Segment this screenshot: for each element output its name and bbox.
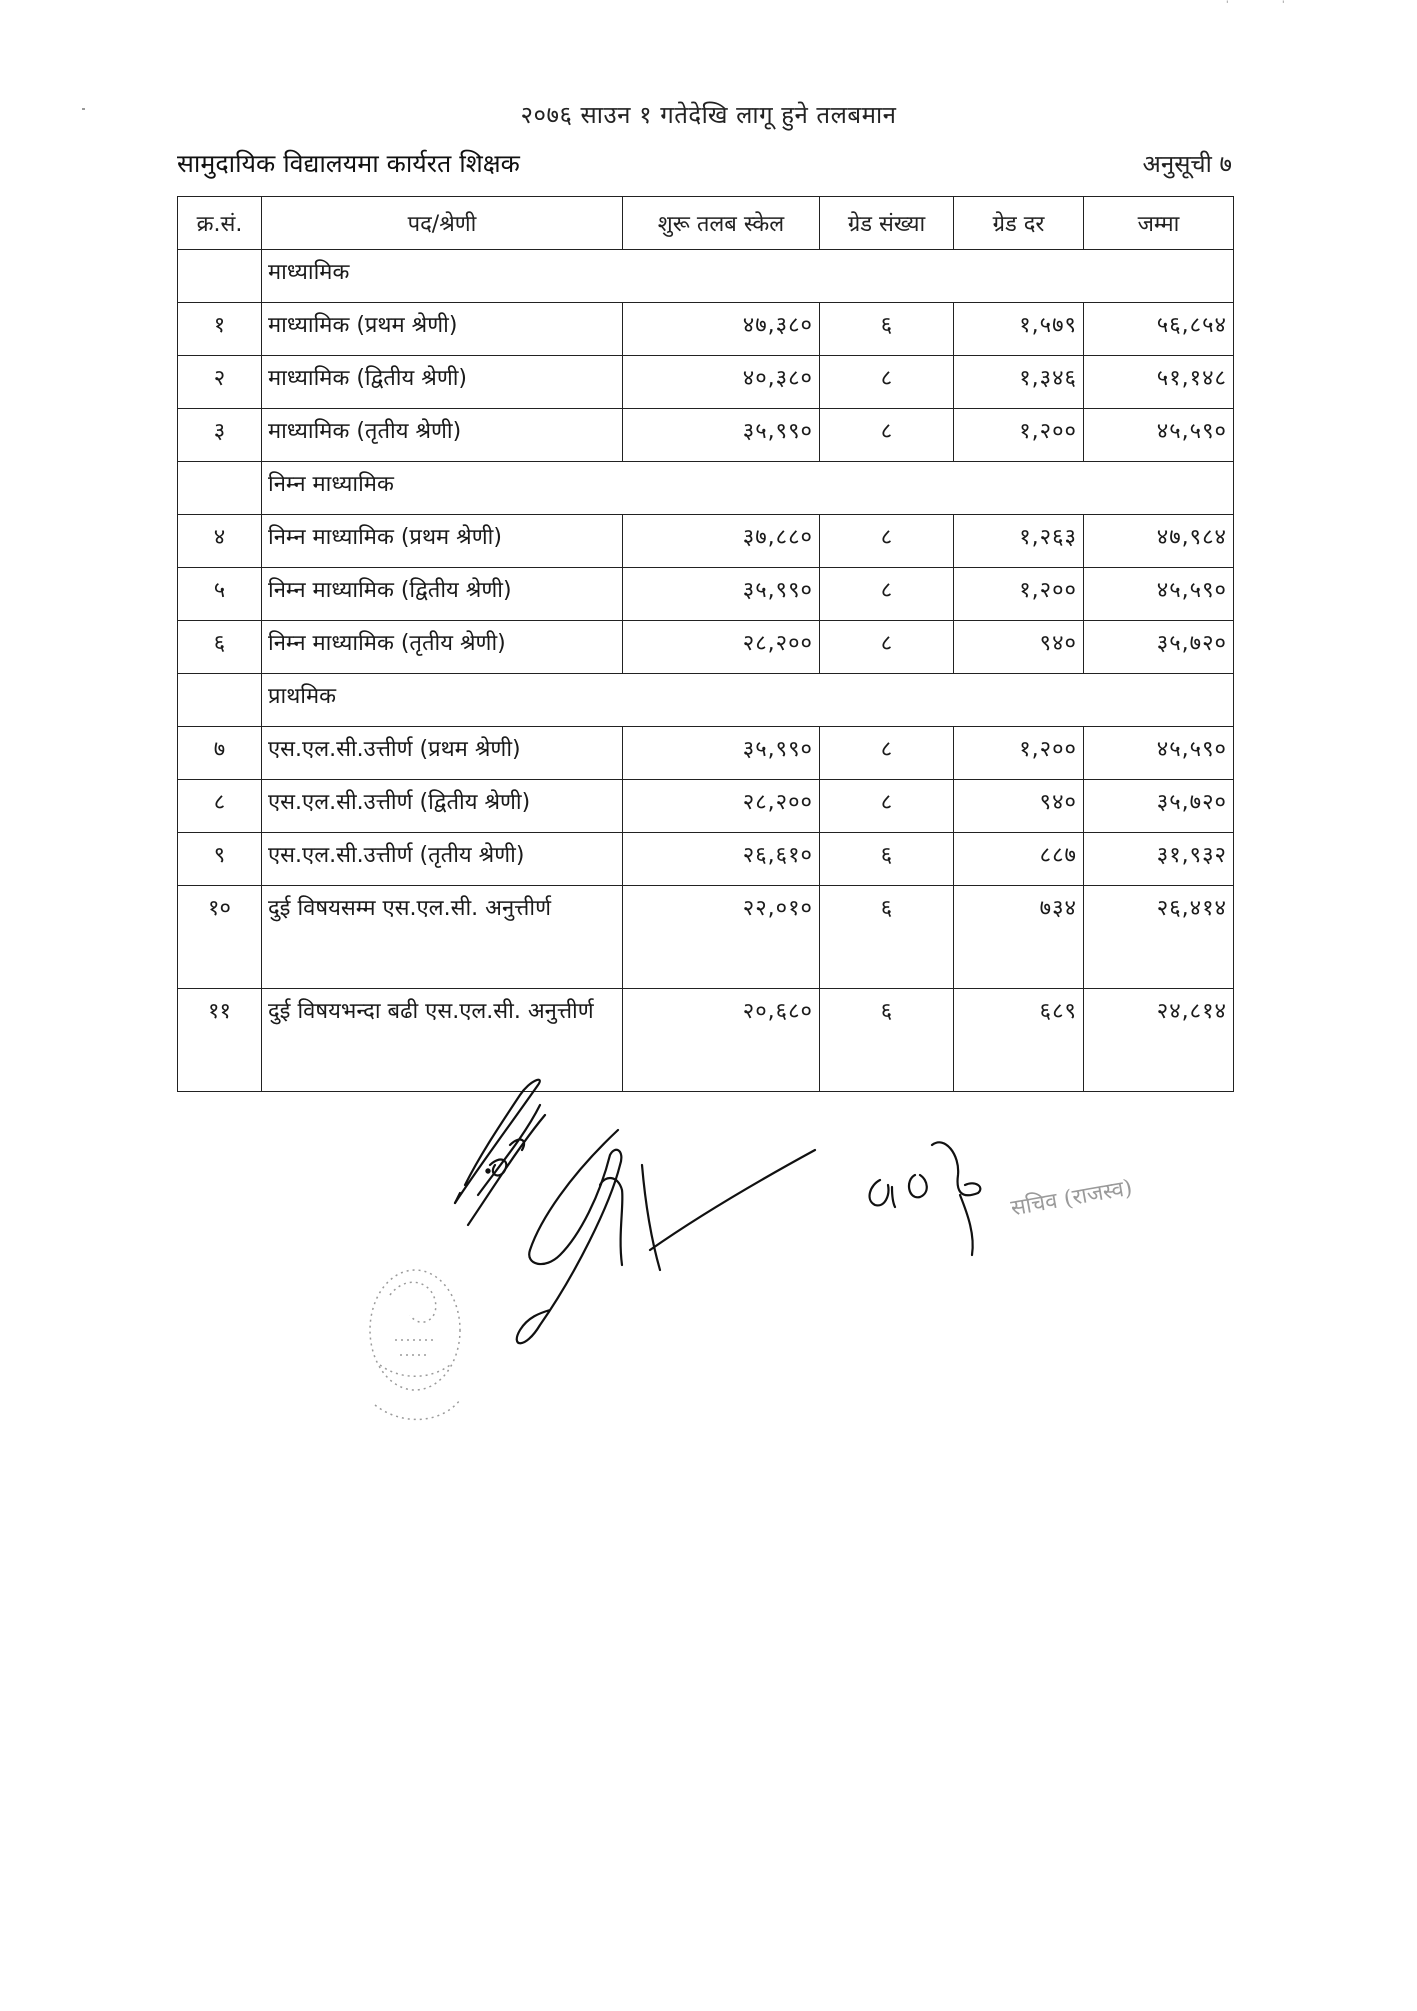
grade-rate-cell: ९४०	[954, 621, 1084, 674]
serial-cell: ८	[178, 780, 262, 833]
header-start-scale: शुरू तलब स्केल	[623, 197, 820, 250]
section-label: निम्न माध्यामिक	[262, 462, 1234, 515]
grade-count-cell: ८	[820, 409, 954, 462]
table-row: १माध्यामिक (प्रथम श्रेणी)४७,३८०६१,५७९५६,…	[178, 303, 1234, 356]
scan-corner-mark: '	[1226, 0, 1228, 10]
signature-block	[360, 1075, 1260, 1455]
section-header-row: निम्न माध्यामिक	[178, 462, 1234, 515]
grade-count-cell: ८	[820, 727, 954, 780]
grade-count-cell: ६	[820, 303, 954, 356]
section-serial-cell	[178, 674, 262, 727]
signatures-icon	[360, 1075, 1260, 1455]
section-label: प्राथमिक	[262, 674, 1234, 727]
start-scale-cell: २२,०१०	[623, 886, 820, 989]
header-grade-count: ग्रेड संख्या	[820, 197, 954, 250]
grade-count-cell: ६	[820, 886, 954, 989]
grade-count-cell: ६	[820, 833, 954, 886]
table-row: २माध्यामिक (द्वितीय श्रेणी)४०,३८०८१,३४६५…	[178, 356, 1234, 409]
grade-rate-cell: ८८७	[954, 833, 1084, 886]
post-cell: माध्यामिक (तृतीय श्रेणी)	[262, 409, 623, 462]
total-cell: ३५,७२०	[1084, 780, 1234, 833]
serial-cell: ३	[178, 409, 262, 462]
grade-count-cell: ८	[820, 568, 954, 621]
salary-scale-table: क्र.सं. पद/श्रेणी शुरू तलब स्केल ग्रेड स…	[177, 196, 1234, 1092]
section-label: माध्यामिक	[262, 250, 1234, 303]
start-scale-cell: ४०,३८०	[623, 356, 820, 409]
document-subtitle: सामुदायिक विद्यालयमा कार्यरत शिक्षक	[177, 146, 520, 180]
start-scale-cell: ४७,३८०	[623, 303, 820, 356]
serial-cell: २	[178, 356, 262, 409]
table-row: १०दुई विषयसम्म एस.एल.सी. अनुत्तीर्ण२२,०१…	[178, 886, 1234, 989]
annex-label: अनुसूची ७	[1143, 147, 1232, 180]
post-cell: एस.एल.सी.उत्तीर्ण (तृतीय श्रेणी)	[262, 833, 623, 886]
serial-cell: १	[178, 303, 262, 356]
table-row: ८एस.एल.सी.उत्तीर्ण (द्वितीय श्रेणी)२८,२०…	[178, 780, 1234, 833]
subtitle-row: सामुदायिक विद्यालयमा कार्यरत शिक्षक अनुस…	[177, 146, 1232, 180]
serial-cell: ११	[178, 989, 262, 1092]
header-total: जम्मा	[1084, 197, 1234, 250]
start-scale-cell: ३५,९९०	[623, 727, 820, 780]
post-cell: एस.एल.सी.उत्तीर्ण (द्वितीय श्रेणी)	[262, 780, 623, 833]
start-scale-cell: ३५,९९०	[623, 409, 820, 462]
post-cell: माध्यामिक (द्वितीय श्रेणी)	[262, 356, 623, 409]
start-scale-cell: २६,६१०	[623, 833, 820, 886]
header-serial: क्र.सं.	[178, 197, 262, 250]
serial-cell: ४	[178, 515, 262, 568]
section-header-row: प्राथमिक	[178, 674, 1234, 727]
total-cell: ४५,५९०	[1084, 409, 1234, 462]
grade-rate-cell: १,२००	[954, 568, 1084, 621]
total-cell: ३१,९३२	[1084, 833, 1234, 886]
section-serial-cell	[178, 250, 262, 303]
table-row: ४निम्न माध्यामिक (प्रथम श्रेणी)३७,८८०८१,…	[178, 515, 1234, 568]
table-row: ९एस.एल.सी.उत्तीर्ण (तृतीय श्रेणी)२६,६१०६…	[178, 833, 1234, 886]
serial-cell: ९	[178, 833, 262, 886]
start-scale-cell: ३७,८८०	[623, 515, 820, 568]
post-cell: माध्यामिक (प्रथम श्रेणी)	[262, 303, 623, 356]
total-cell: ४५,५९०	[1084, 727, 1234, 780]
serial-cell: ५	[178, 568, 262, 621]
post-cell: निम्न माध्यामिक (द्वितीय श्रेणी)	[262, 568, 623, 621]
serial-cell: ७	[178, 727, 262, 780]
grade-rate-cell: ७३४	[954, 886, 1084, 989]
page-title: २०७६ साउन १ गतेदेखि लागू हुने तलबमान	[0, 98, 1417, 131]
grade-rate-cell: १,५७९	[954, 303, 1084, 356]
post-cell: निम्न माध्यामिक (तृतीय श्रेणी)	[262, 621, 623, 674]
post-cell: निम्न माध्यामिक (प्रथम श्रेणी)	[262, 515, 623, 568]
grade-rate-cell: ९४०	[954, 780, 1084, 833]
grade-rate-cell: १,२००	[954, 727, 1084, 780]
table-row: ५निम्न माध्यामिक (द्वितीय श्रेणी)३५,९९०८…	[178, 568, 1234, 621]
grade-rate-cell: १,२६३	[954, 515, 1084, 568]
total-cell: २६,४१४	[1084, 886, 1234, 989]
grade-rate-cell: १,३४६	[954, 356, 1084, 409]
start-scale-cell: २८,२००	[623, 780, 820, 833]
post-cell: दुई विषयसम्म एस.एल.सी. अनुत्तीर्ण	[262, 886, 623, 989]
table-row: ७एस.एल.सी.उत्तीर्ण (प्रथम श्रेणी)३५,९९०८…	[178, 727, 1234, 780]
grade-count-cell: ८	[820, 621, 954, 674]
table-header-row: क्र.सं. पद/श्रेणी शुरू तलब स्केल ग्रेड स…	[178, 197, 1234, 250]
grade-count-cell: ८	[820, 780, 954, 833]
serial-cell: १०	[178, 886, 262, 989]
section-header-row: माध्यामिक	[178, 250, 1234, 303]
total-cell: ४७,९८४	[1084, 515, 1234, 568]
scan-corner-mark: '	[1282, 0, 1284, 10]
grade-rate-cell: १,२००	[954, 409, 1084, 462]
post-cell: एस.एल.सी.उत्तीर्ण (प्रथम श्रेणी)	[262, 727, 623, 780]
grade-count-cell: ८	[820, 356, 954, 409]
table-row: ६निम्न माध्यामिक (तृतीय श्रेणी)२८,२००८९४…	[178, 621, 1234, 674]
total-cell: ५६,८५४	[1084, 303, 1234, 356]
start-scale-cell: ३५,९९०	[623, 568, 820, 621]
header-post: पद/श्रेणी	[262, 197, 623, 250]
table-row: ३माध्यामिक (तृतीय श्रेणी)३५,९९०८१,२००४५,…	[178, 409, 1234, 462]
header-grade-rate: ग्रेड दर	[954, 197, 1084, 250]
total-cell: ३५,७२०	[1084, 621, 1234, 674]
table-body: माध्यामिक१माध्यामिक (प्रथम श्रेणी)४७,३८०…	[178, 250, 1234, 1092]
serial-cell: ६	[178, 621, 262, 674]
total-cell: ५१,१४८	[1084, 356, 1234, 409]
grade-count-cell: ८	[820, 515, 954, 568]
start-scale-cell: २८,२००	[623, 621, 820, 674]
section-serial-cell	[178, 462, 262, 515]
total-cell: ४५,५९०	[1084, 568, 1234, 621]
